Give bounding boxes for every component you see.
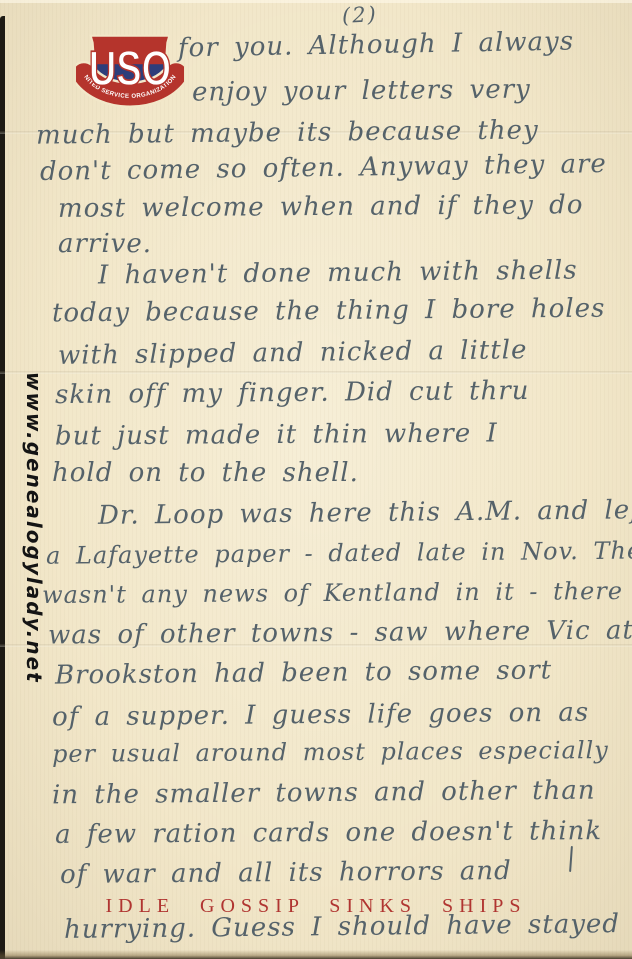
handwritten-line: skin off my finger. Did cut thru: [55, 376, 530, 410]
handwritten-line: enjoy your letters very: [192, 75, 531, 108]
handwritten-line: a few ration cards one doesn't think: [55, 816, 602, 850]
handwritten-line: of war and all its horrors and: [60, 856, 512, 890]
page-number: (2): [341, 2, 378, 28]
scan-top-edge: [0, 0, 632, 3]
handwritten-line: but just made it thin where I: [55, 418, 498, 451]
handwritten-line: I haven't done much with shells: [98, 255, 578, 290]
insertion-mark: [569, 846, 573, 872]
handwritten-line: hurrying. Guess I should have stayed: [64, 909, 620, 945]
uso-logo: UNITED SERVICE ORGANIZATIONS USO: [76, 32, 184, 122]
handwritten-line: Dr. Loop was here this A.M. and left: [98, 495, 632, 531]
handwritten-line: with slipped and nicked a little: [58, 335, 528, 371]
uso-acronym: USO: [89, 41, 171, 96]
scan-left-edge: [0, 16, 5, 959]
scan-bottom-edge: [0, 950, 632, 959]
watermark: www.genealogylady.net: [22, 372, 46, 684]
handwritten-line: for you. Although I always: [178, 27, 575, 64]
fold-crease: [0, 371, 632, 374]
handwritten-line: much but maybe its because they: [36, 115, 539, 150]
handwritten-line: don't come so often. Anyway they are: [40, 149, 607, 187]
handwritten-line: of a supper. I guess life goes on as: [52, 698, 589, 733]
handwritten-line: per usual around most places especially: [52, 736, 609, 768]
handwritten-line: most welcome when and if they do: [58, 190, 584, 224]
handwritten-line: Brookston had been to some sort: [55, 655, 552, 690]
handwritten-line: was of other towns - saw where Vic at: [48, 615, 632, 650]
handwritten-line: arrive.: [58, 229, 152, 259]
handwritten-line: today because the thing I bore holes: [52, 294, 606, 329]
handwritten-line: hold on to the shell.: [52, 458, 359, 488]
handwritten-line: wasn't any news of Kentland in it - ther…: [42, 577, 623, 609]
handwritten-line: a Lafayette paper - dated late in Nov. T…: [46, 536, 632, 569]
letter-scan: UNITED SERVICE ORGANIZATIONS USO (2) for…: [0, 0, 632, 959]
handwritten-line: in the smaller towns and other than: [52, 776, 596, 811]
